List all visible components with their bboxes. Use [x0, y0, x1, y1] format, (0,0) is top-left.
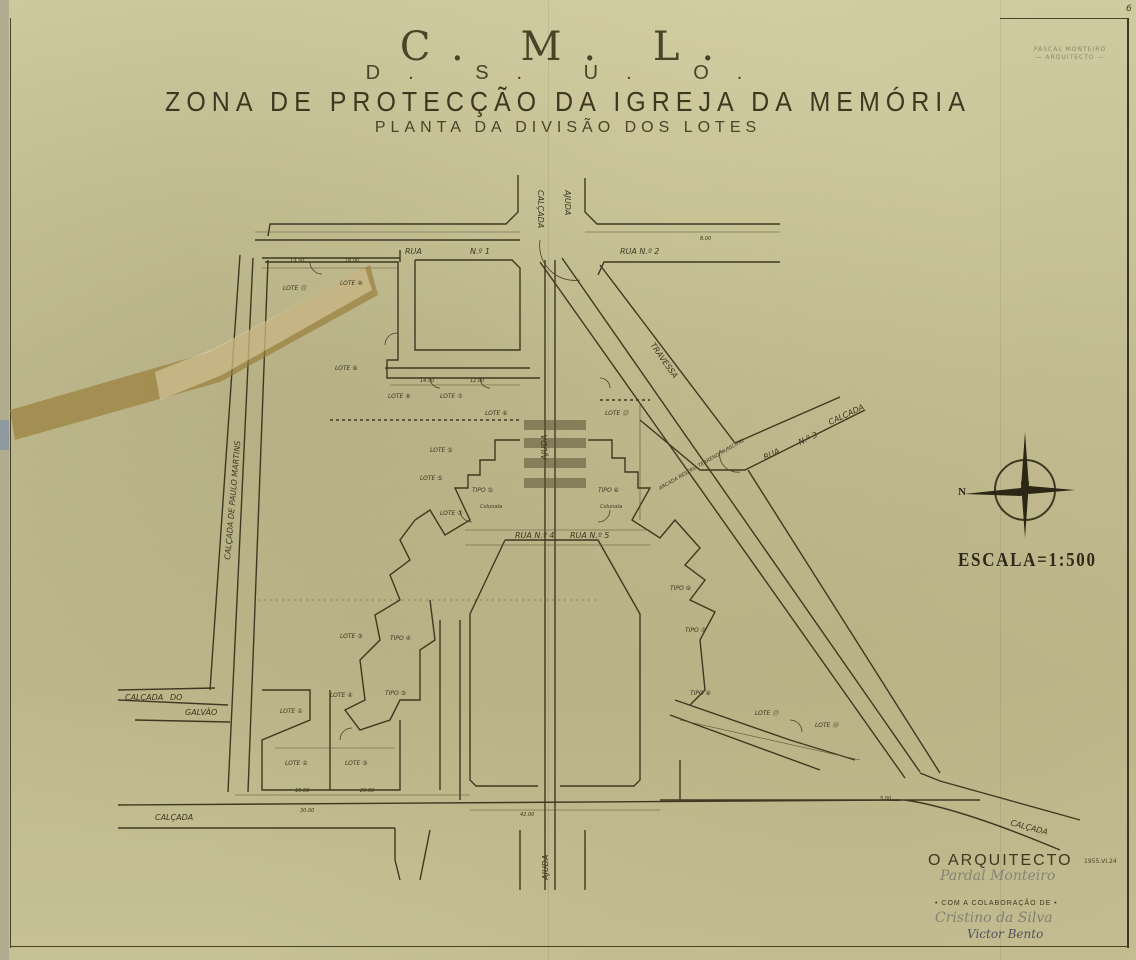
collaborator-signature-2: Victor Bento [967, 927, 1043, 941]
svg-text:LOTE ⑫: LOTE ⑫ [605, 409, 629, 417]
svg-text:CALÇADA: CALÇADA [155, 813, 193, 822]
scale-label: ESCALA=1:500 [958, 549, 1097, 572]
svg-text:AJUDA: AJUDA [563, 189, 572, 215]
svg-text:LOTE ⑤: LOTE ⑤ [420, 475, 443, 482]
svg-text:LOTE ③: LOTE ③ [345, 760, 368, 767]
svg-text:AJUDA: AJUDA [540, 435, 549, 461]
svg-text:16.00: 16.00 [345, 258, 359, 264]
svg-text:CALÇADA: CALÇADA [1009, 818, 1048, 837]
svg-text:RUA: RUA [405, 247, 422, 256]
svg-text:42.00: 42.00 [520, 812, 534, 818]
svg-text:8.00: 8.00 [700, 236, 711, 242]
svg-text:LOTE ⑥: LOTE ⑥ [485, 410, 508, 417]
svg-text:Colunata: Colunata [480, 504, 502, 510]
svg-text:TIPO ③: TIPO ③ [385, 690, 406, 697]
svg-text:CALÇADA: CALÇADA [536, 190, 545, 228]
svg-text:LOTE ②: LOTE ② [285, 760, 308, 767]
svg-text:LOTE ④: LOTE ④ [330, 692, 353, 699]
svg-text:LOTE ⑨: LOTE ⑨ [335, 365, 358, 372]
svg-text:RUA N.º 2: RUA N.º 2 [620, 247, 659, 256]
svg-text:DO: DO [170, 693, 182, 702]
svg-text:5.00: 5.00 [880, 796, 891, 802]
collaborator-signature-1: Cristino da Silva [935, 910, 1053, 926]
svg-text:CALÇADA: CALÇADA [827, 403, 865, 427]
svg-text:TIPO ⑦: TIPO ⑦ [685, 627, 707, 634]
svg-text:TRAVESSA: TRAVESSA [648, 341, 679, 380]
svg-text:TIPO ④: TIPO ④ [390, 635, 411, 642]
svg-text:TIPO ⑧: TIPO ⑧ [690, 690, 711, 697]
svg-text:20.00: 20.00 [360, 788, 374, 794]
svg-text:CALÇADA: CALÇADA [125, 693, 163, 702]
svg-text:N.º 1: N.º 1 [470, 247, 490, 256]
svg-text:LOTE ⑦: LOTE ⑦ [440, 393, 463, 400]
svg-text:RUA N.º 4: RUA N.º 4 [515, 531, 554, 540]
north-label: N [958, 486, 966, 498]
svg-text:LOTE ①: LOTE ① [280, 708, 303, 715]
svg-text:LOTE ⑤: LOTE ⑤ [430, 447, 453, 454]
architect-signature: Pardal Monteiro [940, 868, 1055, 884]
svg-text:RUA: RUA [762, 447, 781, 462]
signature-date: 1955.VI.24 [1084, 858, 1117, 865]
corner-arcs [310, 240, 802, 740]
collaboration-label: • COM A COLABORAÇÃO DE • [935, 900, 1058, 907]
svg-text:TIPO ⑨: TIPO ⑨ [670, 585, 691, 592]
svg-text:AJUDA: AJUDA [541, 855, 550, 881]
north-arrow-icon [950, 430, 1080, 540]
svg-text:RUA N.º 5: RUA N.º 5 [570, 531, 609, 540]
svg-text:LOTE ③: LOTE ③ [340, 633, 363, 640]
adhesive-tape [10, 265, 378, 440]
svg-text:12.00: 12.00 [470, 378, 484, 384]
svg-text:15.00: 15.00 [295, 788, 309, 794]
svg-text:TIPO ⑤: TIPO ⑤ [472, 487, 493, 494]
svg-text:LOTE ⑬: LOTE ⑬ [755, 709, 779, 717]
svg-text:30.00: 30.00 [300, 808, 314, 814]
svg-text:TIPO ⑥: TIPO ⑥ [598, 487, 619, 494]
svg-text:14.50: 14.50 [420, 378, 434, 384]
svg-text:Colunata: Colunata [600, 504, 622, 510]
svg-text:GALVÃO: GALVÃO [185, 707, 217, 717]
svg-text:LOTE ⑩: LOTE ⑩ [340, 280, 363, 287]
svg-text:LOTE ⑭: LOTE ⑭ [815, 721, 839, 729]
svg-text:LOTE ⑪: LOTE ⑪ [283, 284, 307, 292]
svg-text:LOTE ⑧: LOTE ⑧ [388, 393, 411, 400]
dimension-labels: 13.50 16.00 12.00 14.50 15.00 20.00 30.0… [290, 236, 891, 818]
svg-text:N.º 3: N.º 3 [797, 430, 819, 447]
svg-text:13.50: 13.50 [290, 258, 304, 264]
svg-text:LOTE ⑦: LOTE ⑦ [440, 510, 463, 517]
